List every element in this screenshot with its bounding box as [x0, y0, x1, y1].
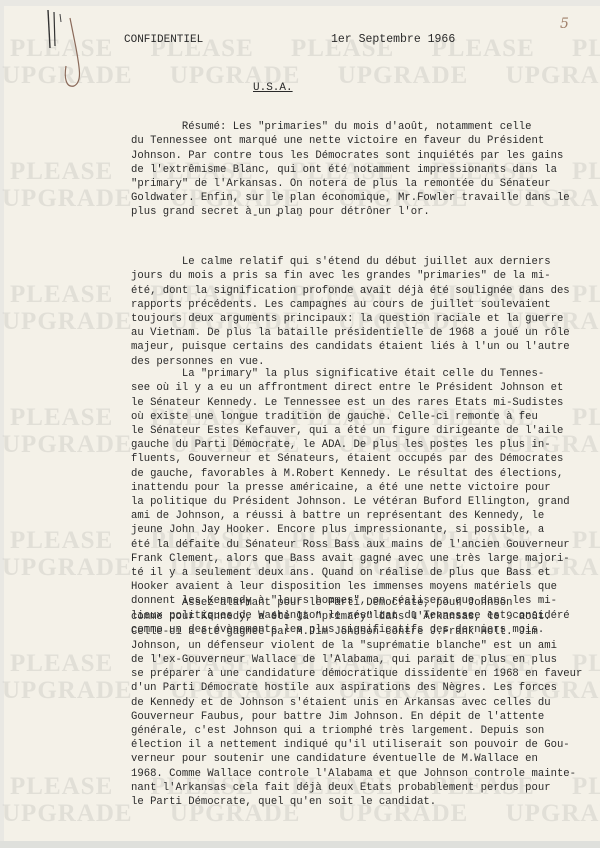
paragraph-line: le Sénateur Estes Kefauver, qui a été un… [131, 424, 570, 438]
summary-paragraph: Résumé: Les "primaries" du mois d'août, … [131, 106, 570, 234]
paragraph-line: nant l'Arkansas cela fait déjà deux Etat… [131, 781, 582, 795]
paragraph-line: Johnson, un défenseur violent de la "sup… [131, 639, 582, 653]
paragraph-line: té il y a seulement deux ans. Quand on r… [131, 566, 570, 580]
paragraph-line: de gauche, favorables à M.Robert Kennedy… [131, 467, 570, 481]
paragraph-line: rapports précédents. Les campagnes au co… [131, 298, 570, 312]
paragraph-line: se préparer à une candidature démocratiq… [131, 667, 582, 681]
paragraph-line: fluents, Gouverneur et Sénateurs, étaien… [131, 452, 570, 466]
paragraph-line: verneur pour soutenir une candidature év… [131, 752, 582, 766]
paragraph-line: Gouverneur Faubus, pour battre Jim Johns… [131, 710, 582, 724]
paragraph-line: toujours deux arguments principaux: la q… [131, 312, 570, 326]
paragraph-line: Le calme relatif qui s'étend du début ju… [131, 255, 570, 269]
paragraph-3: Assez alarmant pour le Parti Démocrate, … [131, 582, 582, 823]
paragraph-line: été, dont la signification profonde avai… [131, 284, 570, 298]
paragraph-line: de l'ex-Gouverneur Wallace de l'Alabama,… [131, 653, 582, 667]
summary-line: plus grand secret à un plan pour détrône… [131, 205, 570, 219]
classification-label: CONFIDENTIEL [124, 33, 203, 47]
handwritten-page-number: 5 [560, 16, 569, 32]
paragraph-line: de Kennedy et de Johnson s'étaient unis … [131, 696, 582, 710]
handwritten-mark-icon [44, 8, 104, 88]
summary-line: de l'extrêmisme Blanc, qui ont été notam… [131, 163, 570, 177]
paragraph-line: générale, c'est Johnson qui a triomphé t… [131, 724, 582, 738]
paragraph-line: d'un Parti Démocrate hostile aux aspirat… [131, 681, 582, 695]
paragraph-line: Frank Clement, alors que Bass avait gagn… [131, 552, 570, 566]
paragraph-line: comme pour Kennedy, a été la "primary" d… [131, 610, 582, 624]
paragraph-line: le Sénateur Kennedy. Le Tennessee est un… [131, 396, 570, 410]
paragraph-line: gauche du Parti Démocrate, le ADA. De pl… [131, 438, 570, 452]
paragraph-line: see où il y a eu un affrontment direct e… [131, 381, 570, 395]
paragraph-line: 1968. Comme Wallace controle l'Alabama e… [131, 767, 582, 781]
paragraph-line: où existe une longue tradition de gauche… [131, 410, 570, 424]
summary-line: "primary" de l'Arkansas. On notera de pl… [131, 177, 570, 191]
paragraph-line: Celle-ci a été gagnée par M.Jim Johnson … [131, 625, 582, 639]
summary-line: du Tennessee ont marqué une nette victoi… [131, 134, 570, 148]
summary-line: Résumé: Les "primaries" du mois d'août, … [131, 120, 570, 134]
page-bottom-edge [0, 841, 600, 848]
paragraph-line: La "primary" la plus significative était… [131, 367, 570, 381]
paragraph-line: ami de Johnson, a réussi à battre un rep… [131, 509, 570, 523]
paragraph-line: élection il a nettement indiqué qu'il ut… [131, 738, 582, 752]
summary-line: Goldwater. Enfin, sur le plan économique… [131, 191, 570, 205]
summary-line: Johnson. Par contre tous les Démocrates … [131, 149, 570, 163]
paragraph-line: le Parti Démocrate, quel qu'en soit le c… [131, 795, 582, 809]
document-title: U.S.A. [253, 81, 293, 95]
document-date: 1er Septembre 1966 [331, 33, 455, 47]
paragraph-line: jours du mois a pris sa fin avec les gra… [131, 269, 570, 283]
paragraph-line: été la défaite du Sénateur Ross Bass aux… [131, 538, 570, 552]
paragraph-line: au Vietnam. De plus la bataille présiden… [131, 326, 570, 340]
paragraph-line: jeune John Jay Hooker. Encore plus impre… [131, 523, 570, 537]
paragraph-line: Assez alarmant pour le Parti Démocrate, … [131, 596, 582, 610]
paragraph-line: inattendu pour la presse américaine, a é… [131, 481, 570, 495]
paragraph-line: la politique du Président Johnson. Le vé… [131, 495, 570, 509]
section-separator: --- [252, 209, 319, 223]
